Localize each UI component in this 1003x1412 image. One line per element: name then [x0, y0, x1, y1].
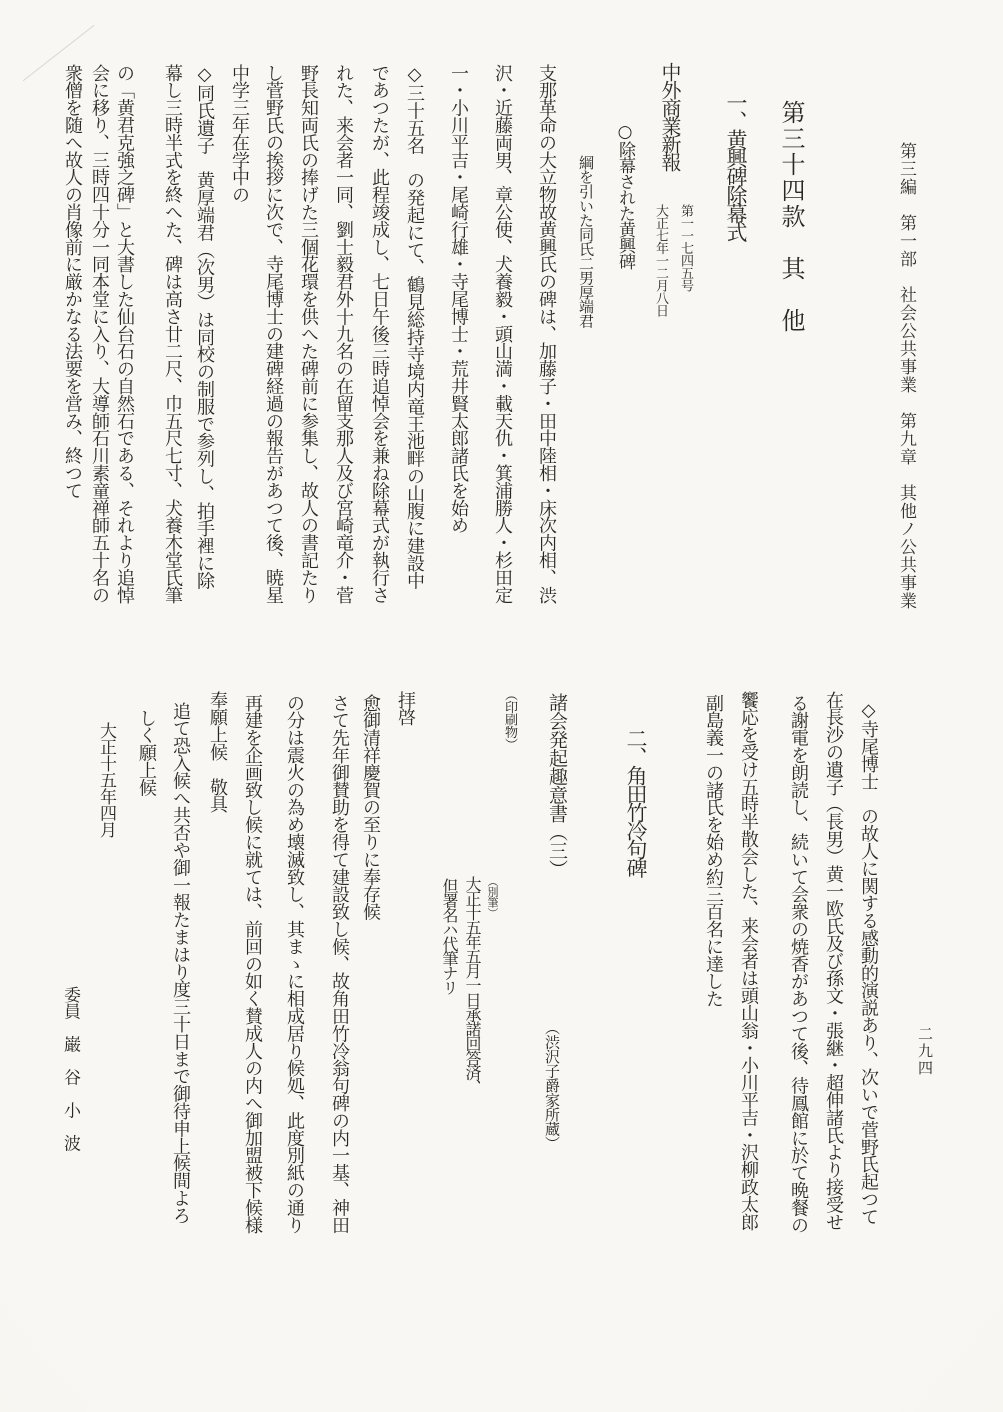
source-name: 中外商業新報 — [660, 62, 680, 170]
page-number: 二九四 — [917, 1026, 932, 1077]
body-line: 在長沙の遺子（長男）黄一欧氏及び孫文・張継・超伸諸氏より接受せ — [824, 691, 842, 1230]
letter-line: 愈御清祥慶賀の至りに奉存候 — [361, 694, 379, 920]
provenance-note: （渋沢子爵家所蔵） — [544, 1020, 559, 1151]
article2-heading: 二、角田竹冷句碑 — [625, 728, 646, 876]
letter-line: しく願上候 — [137, 709, 155, 796]
body-line: し菅野氏の挨拶に次で、寺尾博士の建碑経過の報告があつて後、暁星 — [264, 64, 282, 603]
body-line: であつたが、此程竣成し、七日午後三時追悼会を兼ね除幕式が執行さ — [370, 64, 388, 603]
body-line: 野長知両氏の捧げた三個花環を供へた碑前に参集し、故人の書記たり — [299, 64, 317, 603]
annotation-note: 但署名ハ代筆ナリ — [441, 878, 457, 994]
article1-heading: 一、黄興碑除幕式 — [725, 92, 746, 240]
annotation-date: 大正十五年五月一日承諾回答済、 — [464, 876, 480, 1094]
letter-line: 追て恐入候へ共否や御一報たまはり度三十日まで御待申上候間よろ — [171, 702, 189, 1224]
body-line: 衆僧を随へ故人の肖像前に厳かなる法要を営み、終つて — [63, 64, 81, 499]
annotation-label: （別筆） — [487, 876, 498, 918]
body-line: 副島義一の諸氏を始め約三百名に達した — [704, 694, 722, 1007]
body-line: る謝電を朗読し、続いて会衆の焼香があつて後、待鳳館に於て晩餐の — [789, 694, 807, 1233]
photo-caption: 綱を引いた同氏二男厚端君 — [578, 155, 593, 328]
body-line: 中学三年在学中の — [230, 64, 248, 203]
letter-line: 奉願上候 敬具 — [208, 691, 226, 813]
body-line: 沢・近藤両男、章公使、犬養毅・頭山満・載天仇・箕浦勝人・杉田定 — [493, 64, 511, 603]
source-date: 大正七年一二月八日 — [654, 204, 667, 317]
body-line: 幕し三時半式を終へた、碑は高さ廿二尺、巾五尺七寸、犬養木堂氏筆 — [163, 64, 181, 603]
source-issue: 第一一七四五号 — [679, 204, 692, 292]
body-line: ◇三十五名 の発起にて、鶴見総持寺境内竜王池畔の山腹に建設中 — [405, 64, 423, 589]
body-line: れた、来会者一同、劉士毅君外十九名の在留支那人及び宮崎竜介・菅 — [334, 64, 352, 603]
running-head: 第三編 第一部 社会公共事業 第九章 其他ノ公共事業 — [897, 142, 914, 610]
section-title: 第三十四款 其 他 — [779, 100, 803, 334]
letter-date: 大正十五年四月 — [97, 722, 114, 838]
body-line: 支那革命の大立物故黄興氏の碑は、加藤子・田中陸相・床次内相、渋 — [537, 64, 555, 603]
letter-line: の分は震火の為め壊滅致し、其まゝに相成居り候処、此度別紙の通り — [285, 694, 303, 1233]
document-title: 諸会発起趣意書（三） — [547, 693, 566, 878]
letter-opening: 拝啓 — [396, 691, 414, 726]
body-line: の「黄君克強之碑」と大書した仙台石の自然石である、それより追悼 — [115, 64, 133, 603]
printed-label: （印刷物） — [503, 688, 516, 751]
body-line: 会に移り、三時四十分一同本堂に入り、大導師石川素童禅師五十名の — [90, 64, 108, 603]
body-line: 饗応を受け五時半散会した、来会者は頭山翁・小川平吉・沢柳政太郎 — [739, 691, 757, 1230]
letter-line: さて先年御賛助を得て建設致し候、故角田竹冷翁句碑の内一基、神田 — [330, 694, 348, 1233]
page: 第三編 第一部 社会公共事業 第九章 其他ノ公共事業 二九四 第三十四款 其 他… — [0, 0, 1003, 1412]
letter-line: 再建を企画致し候に就ては、前回の如く賛成人の内へ御加盟被下候様 — [243, 694, 261, 1233]
letter-signature: 委員 巌 谷 小 波 — [61, 986, 78, 1151]
body-line: ◇同氏遺子 黄厚端君（次男）は同校の制服で参列し、拍手裡に除 — [195, 64, 213, 589]
body-line: 一・小川平吉・尾崎行雄・寺尾博士・荒井賢太郎諸氏を始め — [449, 64, 467, 534]
body-line: ◇寺尾博士 の故人に関する感動的演説あり、次いで菅野氏起つて — [859, 700, 877, 1225]
article-headline: ○除幕された黄興碑 — [616, 122, 633, 269]
